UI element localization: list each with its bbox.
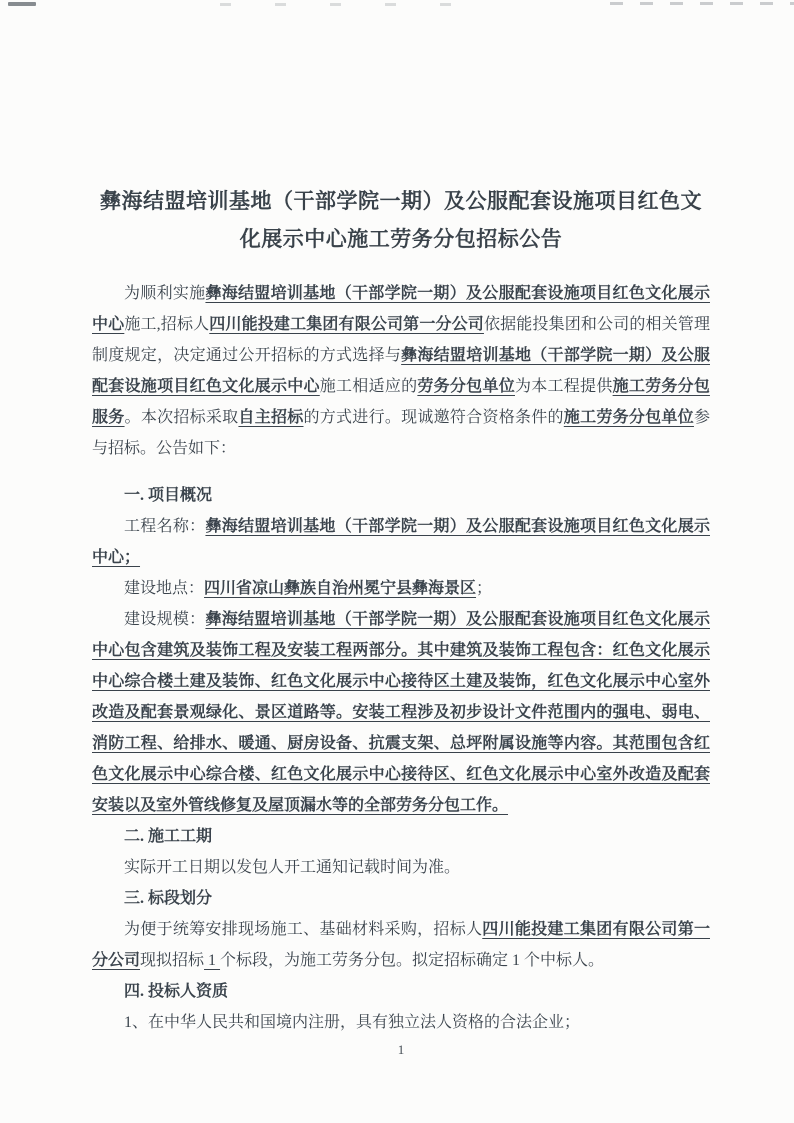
document-page: 彝海结盟培训基地（干部学院一期）及公服配套设施项目红色文化展示中心施工劳务分包招… xyxy=(0,0,794,1123)
paragraph: 建设规模：彝海结盟培训基地（干部学院一期）及公服配套设施项目红色文化展示中心包含… xyxy=(92,604,710,821)
paragraph: 1、在中华人民共和国境内注册，具有独立法人资格的合法企业； xyxy=(92,1007,710,1038)
text-run: 的方式进行。现诚邀符合资格条件的 xyxy=(304,409,564,426)
section-heading: 二. 施工工期 xyxy=(92,821,710,852)
scan-artifact xyxy=(220,3,480,6)
text-run: 工程名称： xyxy=(124,518,205,535)
emphasized-text: 彝海结盟培训基地（干部学院一期）及公服配套设施项目红色文化展示中心包含建筑及装饰… xyxy=(92,611,710,814)
section-heading: 三. 标段划分 xyxy=(92,883,710,914)
emphasized-text: 施工劳务分包单位 xyxy=(564,409,694,426)
text-run: 施工,招标人 xyxy=(124,316,209,333)
paragraph: 实际开工日期以发包人开工通知记载时间为准。 xyxy=(92,852,710,883)
text-run: 三. 标段划分 xyxy=(124,890,212,907)
paragraph: 工程名称：彝海结盟培训基地（干部学院一期）及公服配套设施项目红色文化展示中心； xyxy=(92,511,710,573)
page-number: 1 xyxy=(92,1038,710,1062)
emphasized-text: 劳务分包单位 xyxy=(417,378,515,395)
text-run: 个标段，为施工劳务分包。拟定招标确定 1 个中标人。 xyxy=(220,952,604,969)
text-run: 四. 投标人资质 xyxy=(124,983,228,1000)
paragraph: 建设地点：四川省凉山彝族自治州冕宁县彝海景区； xyxy=(92,573,710,604)
text-run: 为本工程提供 xyxy=(515,378,613,395)
text-run: ； xyxy=(476,580,492,597)
text-run: 施工相适应的 xyxy=(320,378,418,395)
text-run: 现拟招标 xyxy=(140,952,204,969)
section-heading: 一. 项目概况 xyxy=(92,480,710,511)
text-run: 实际开工日期以发包人开工通知记载时间为准。 xyxy=(124,859,460,876)
text-run: 二. 施工工期 xyxy=(124,828,212,845)
text-run: 1、在中华人民共和国境内注册，具有独立法人资格的合法企业； xyxy=(124,1014,580,1031)
text-run: 一. 项目概况 xyxy=(124,487,212,504)
text-run: 为顺利实施 xyxy=(124,285,205,302)
text-run: 。本次招标采取 xyxy=(125,409,239,426)
emphasized-text: 四川省凉山彝族自治州冕宁县彝海景区 xyxy=(204,580,476,597)
document-body: 为顺利实施彝海结盟培训基地（干部学院一期）及公服配套设施项目红色文化展示中心施工… xyxy=(92,278,710,1038)
text-run: 建设规模： xyxy=(124,611,205,628)
emphasized-text: 四川能投建工集团有限公司第一分公司 xyxy=(209,316,484,333)
text-run: 为便于统筹安排现场施工、基础材料采购，招标人 xyxy=(124,921,482,938)
scan-artifact xyxy=(610,2,794,5)
scan-artifact xyxy=(8,2,36,6)
text-run: 建设地点： xyxy=(124,580,204,597)
paragraph: 为便于统筹安排现场施工、基础材料采购，招标人四川能投建工集团有限公司第一分公司现… xyxy=(92,914,710,976)
section-heading: 四. 投标人资质 xyxy=(92,976,710,1007)
document-title: 彝海结盟培训基地（干部学院一期）及公服配套设施项目红色文化展示中心施工劳务分包招… xyxy=(92,182,710,258)
emphasized-text: 自主招标 xyxy=(238,409,303,426)
paragraph: 为顺利实施彝海结盟培训基地（干部学院一期）及公服配套设施项目红色文化展示中心施工… xyxy=(92,278,710,464)
emphasized-text: 1 xyxy=(204,952,220,969)
